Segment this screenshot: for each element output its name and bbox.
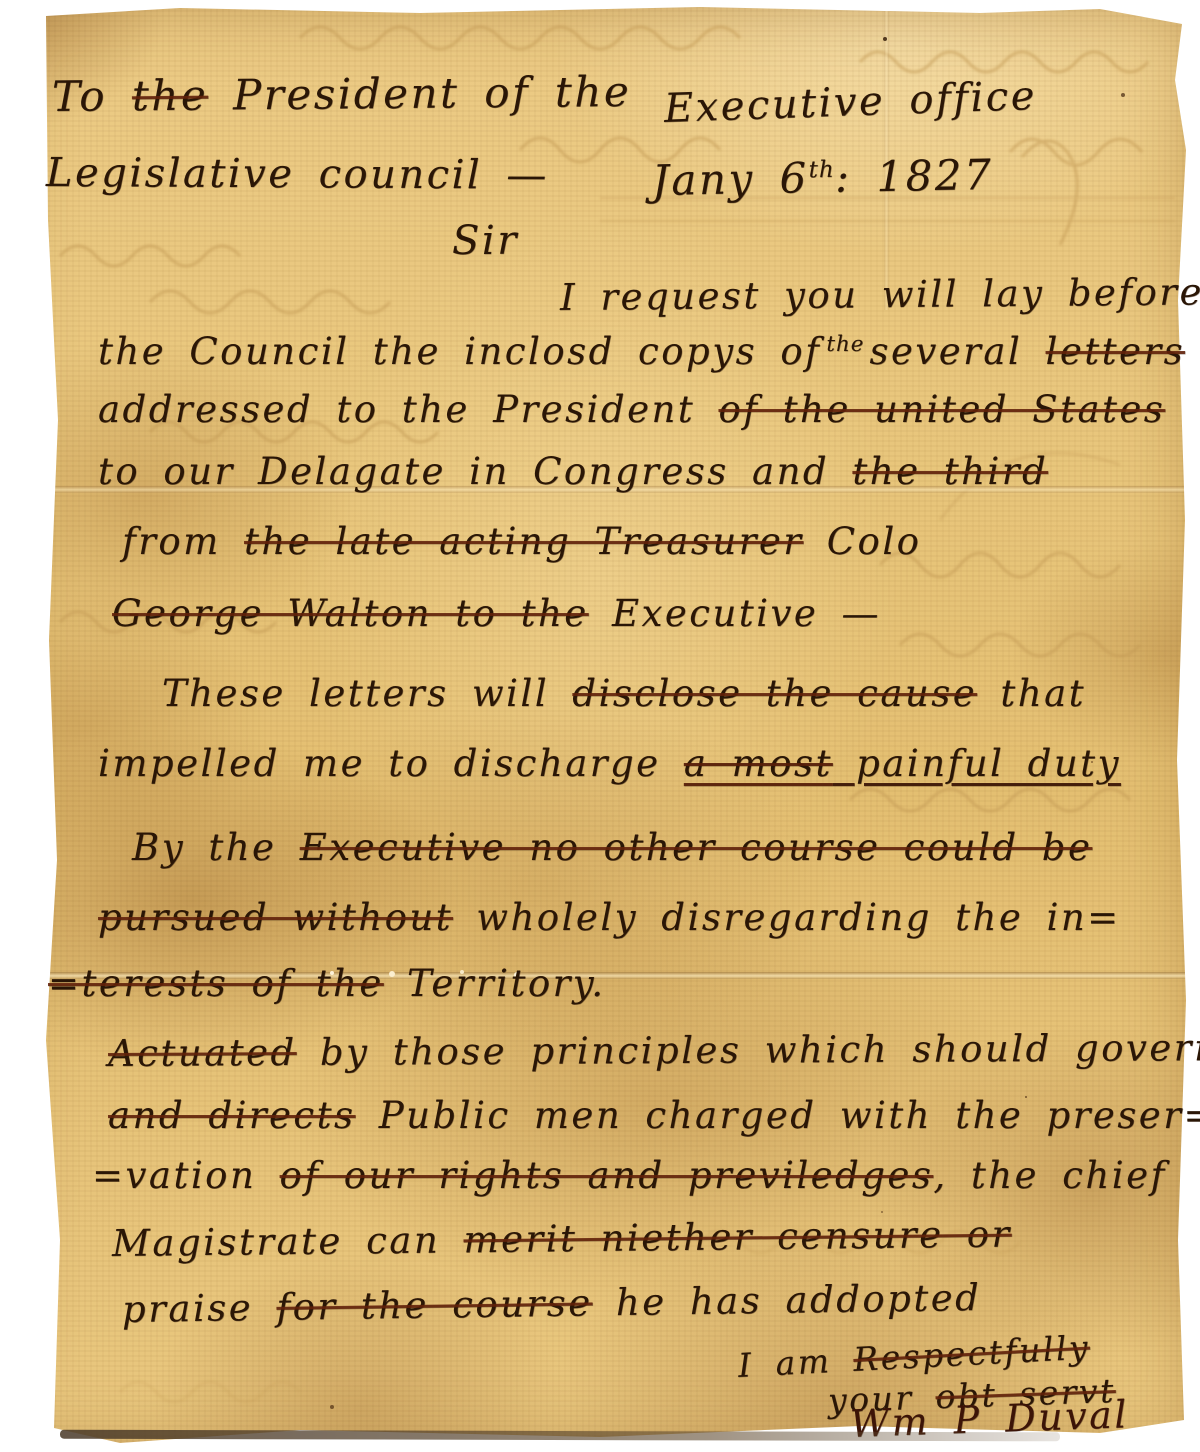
salutation-segment: Sir bbox=[452, 218, 519, 264]
body-line-7-segment: that bbox=[977, 672, 1086, 715]
body-line-1-segment: I request you will lay before bbox=[560, 270, 1200, 319]
body-line-16-segment: for the course bbox=[276, 1281, 593, 1328]
body-line-7: These letters will disclose the cause th… bbox=[162, 672, 1086, 715]
body-line-4-segment: to our Delagate in Congress and bbox=[98, 450, 852, 493]
body-line-6-segment: Executive — bbox=[589, 592, 881, 635]
body-line-5: from the late acting Treasurer Colo bbox=[122, 520, 921, 563]
body-line-16-segment: he has addopted bbox=[592, 1276, 981, 1324]
addressee-line-2-segment: Legislative council — bbox=[46, 150, 549, 199]
dateline-date-segment: th bbox=[808, 157, 835, 183]
body-line-8-segment: impelled me to discharge bbox=[98, 742, 684, 785]
page-edge-shadow bbox=[60, 1430, 1060, 1442]
body-line-14: =vation of our rights and previledges, t… bbox=[92, 1154, 1167, 1197]
body-line-12-segment: by those principles which should govern bbox=[297, 1026, 1200, 1074]
body-line-4-segment: the third bbox=[852, 450, 1048, 493]
body-line-2: the Council the inclosd copys ofthesever… bbox=[98, 330, 1185, 373]
body-line-13-segment: Public men charged with the preser= bbox=[356, 1094, 1200, 1137]
dateline-date-segment: : 1827 bbox=[834, 150, 993, 202]
body-line-12: Actuated by those principles which shoul… bbox=[108, 1026, 1200, 1075]
body-line-2-segment: the Council the inclosd copys of bbox=[98, 330, 821, 373]
body-line-14-segment: =vation bbox=[92, 1154, 280, 1197]
body-line-11: =terests of the Territory. bbox=[48, 962, 606, 1005]
salutation: Sir bbox=[452, 218, 519, 264]
body-line-6-segment: George Walton to the bbox=[112, 592, 589, 635]
body-line-4: to our Delagate in Congress and the thir… bbox=[98, 450, 1048, 493]
dateline-date: Jany 6th: 1827 bbox=[652, 150, 994, 205]
addressee-line-1-segment: the bbox=[132, 71, 209, 121]
addressee-line-1: To the President of the bbox=[52, 67, 632, 121]
body-line-11-segment: =terests of the bbox=[48, 962, 384, 1005]
body-line-8-segment: a most bbox=[684, 742, 833, 785]
ink-specks bbox=[883, 37, 887, 41]
body-line-11-segment: Territory. bbox=[384, 962, 606, 1005]
body-line-5-segment: the late acting Treasurer bbox=[244, 520, 803, 563]
body-line-16-segment: praise bbox=[122, 1286, 277, 1331]
body-line-3-segment: of the united States bbox=[718, 388, 1165, 431]
body-line-15-segment: Magistrate can bbox=[112, 1218, 464, 1265]
body-line-8: impelled me to discharge a most painful … bbox=[98, 742, 1121, 785]
body-line-14-segment: , the chief bbox=[933, 1154, 1166, 1197]
body-line-10: pursued without wholely disregarding the… bbox=[98, 896, 1121, 939]
body-line-9-segment: Executive no other course could be bbox=[300, 826, 1093, 869]
body-line-3: addressed to the President of the united… bbox=[98, 388, 1165, 431]
body-line-2-segment: several bbox=[869, 330, 1045, 373]
body-line-9: By the Executive no other course could b… bbox=[132, 826, 1092, 869]
body-line-15-segment: merit niether censure or bbox=[463, 1213, 1012, 1262]
body-line-13-segment: and directs bbox=[108, 1094, 356, 1137]
addressee-line-2: Legislative council — bbox=[46, 150, 549, 199]
body-line-10-segment: pursued without bbox=[98, 896, 453, 939]
body-line-2-segment: letters bbox=[1046, 330, 1186, 373]
body-line-7-segment: These letters will bbox=[162, 672, 572, 715]
addressee-line-1-segment: To bbox=[52, 71, 132, 121]
body-line-3-segment: addressed to the President bbox=[98, 388, 718, 431]
body-line-13: and directs Public men charged with the … bbox=[108, 1094, 1200, 1137]
scanned-letter-page: To the President of theExecutive officeL… bbox=[0, 0, 1200, 1452]
body-line-7-segment: disclose the cause bbox=[572, 672, 977, 715]
body-line-1: I request you will lay before bbox=[560, 270, 1200, 319]
body-line-12-segment: Actuated bbox=[108, 1031, 297, 1075]
body-line-14-segment: of our rights and previledges bbox=[280, 1154, 934, 1197]
dateline-date-segment: Jany 6 bbox=[652, 153, 810, 205]
body-line-9-segment: By the bbox=[132, 826, 300, 869]
body-line-5-segment: Colo bbox=[803, 520, 921, 563]
body-line-8-segment: painful duty bbox=[833, 742, 1121, 785]
closing-line-1-segment: I am bbox=[737, 1340, 854, 1385]
body-line-2-segment: the bbox=[826, 332, 864, 357]
addressee-line-1-segment: President of the bbox=[208, 67, 631, 120]
body-line-6: George Walton to the Executive — bbox=[112, 592, 881, 635]
body-line-5-segment: from bbox=[122, 520, 244, 563]
body-line-10-segment: wholely disregarding the in= bbox=[453, 896, 1121, 939]
